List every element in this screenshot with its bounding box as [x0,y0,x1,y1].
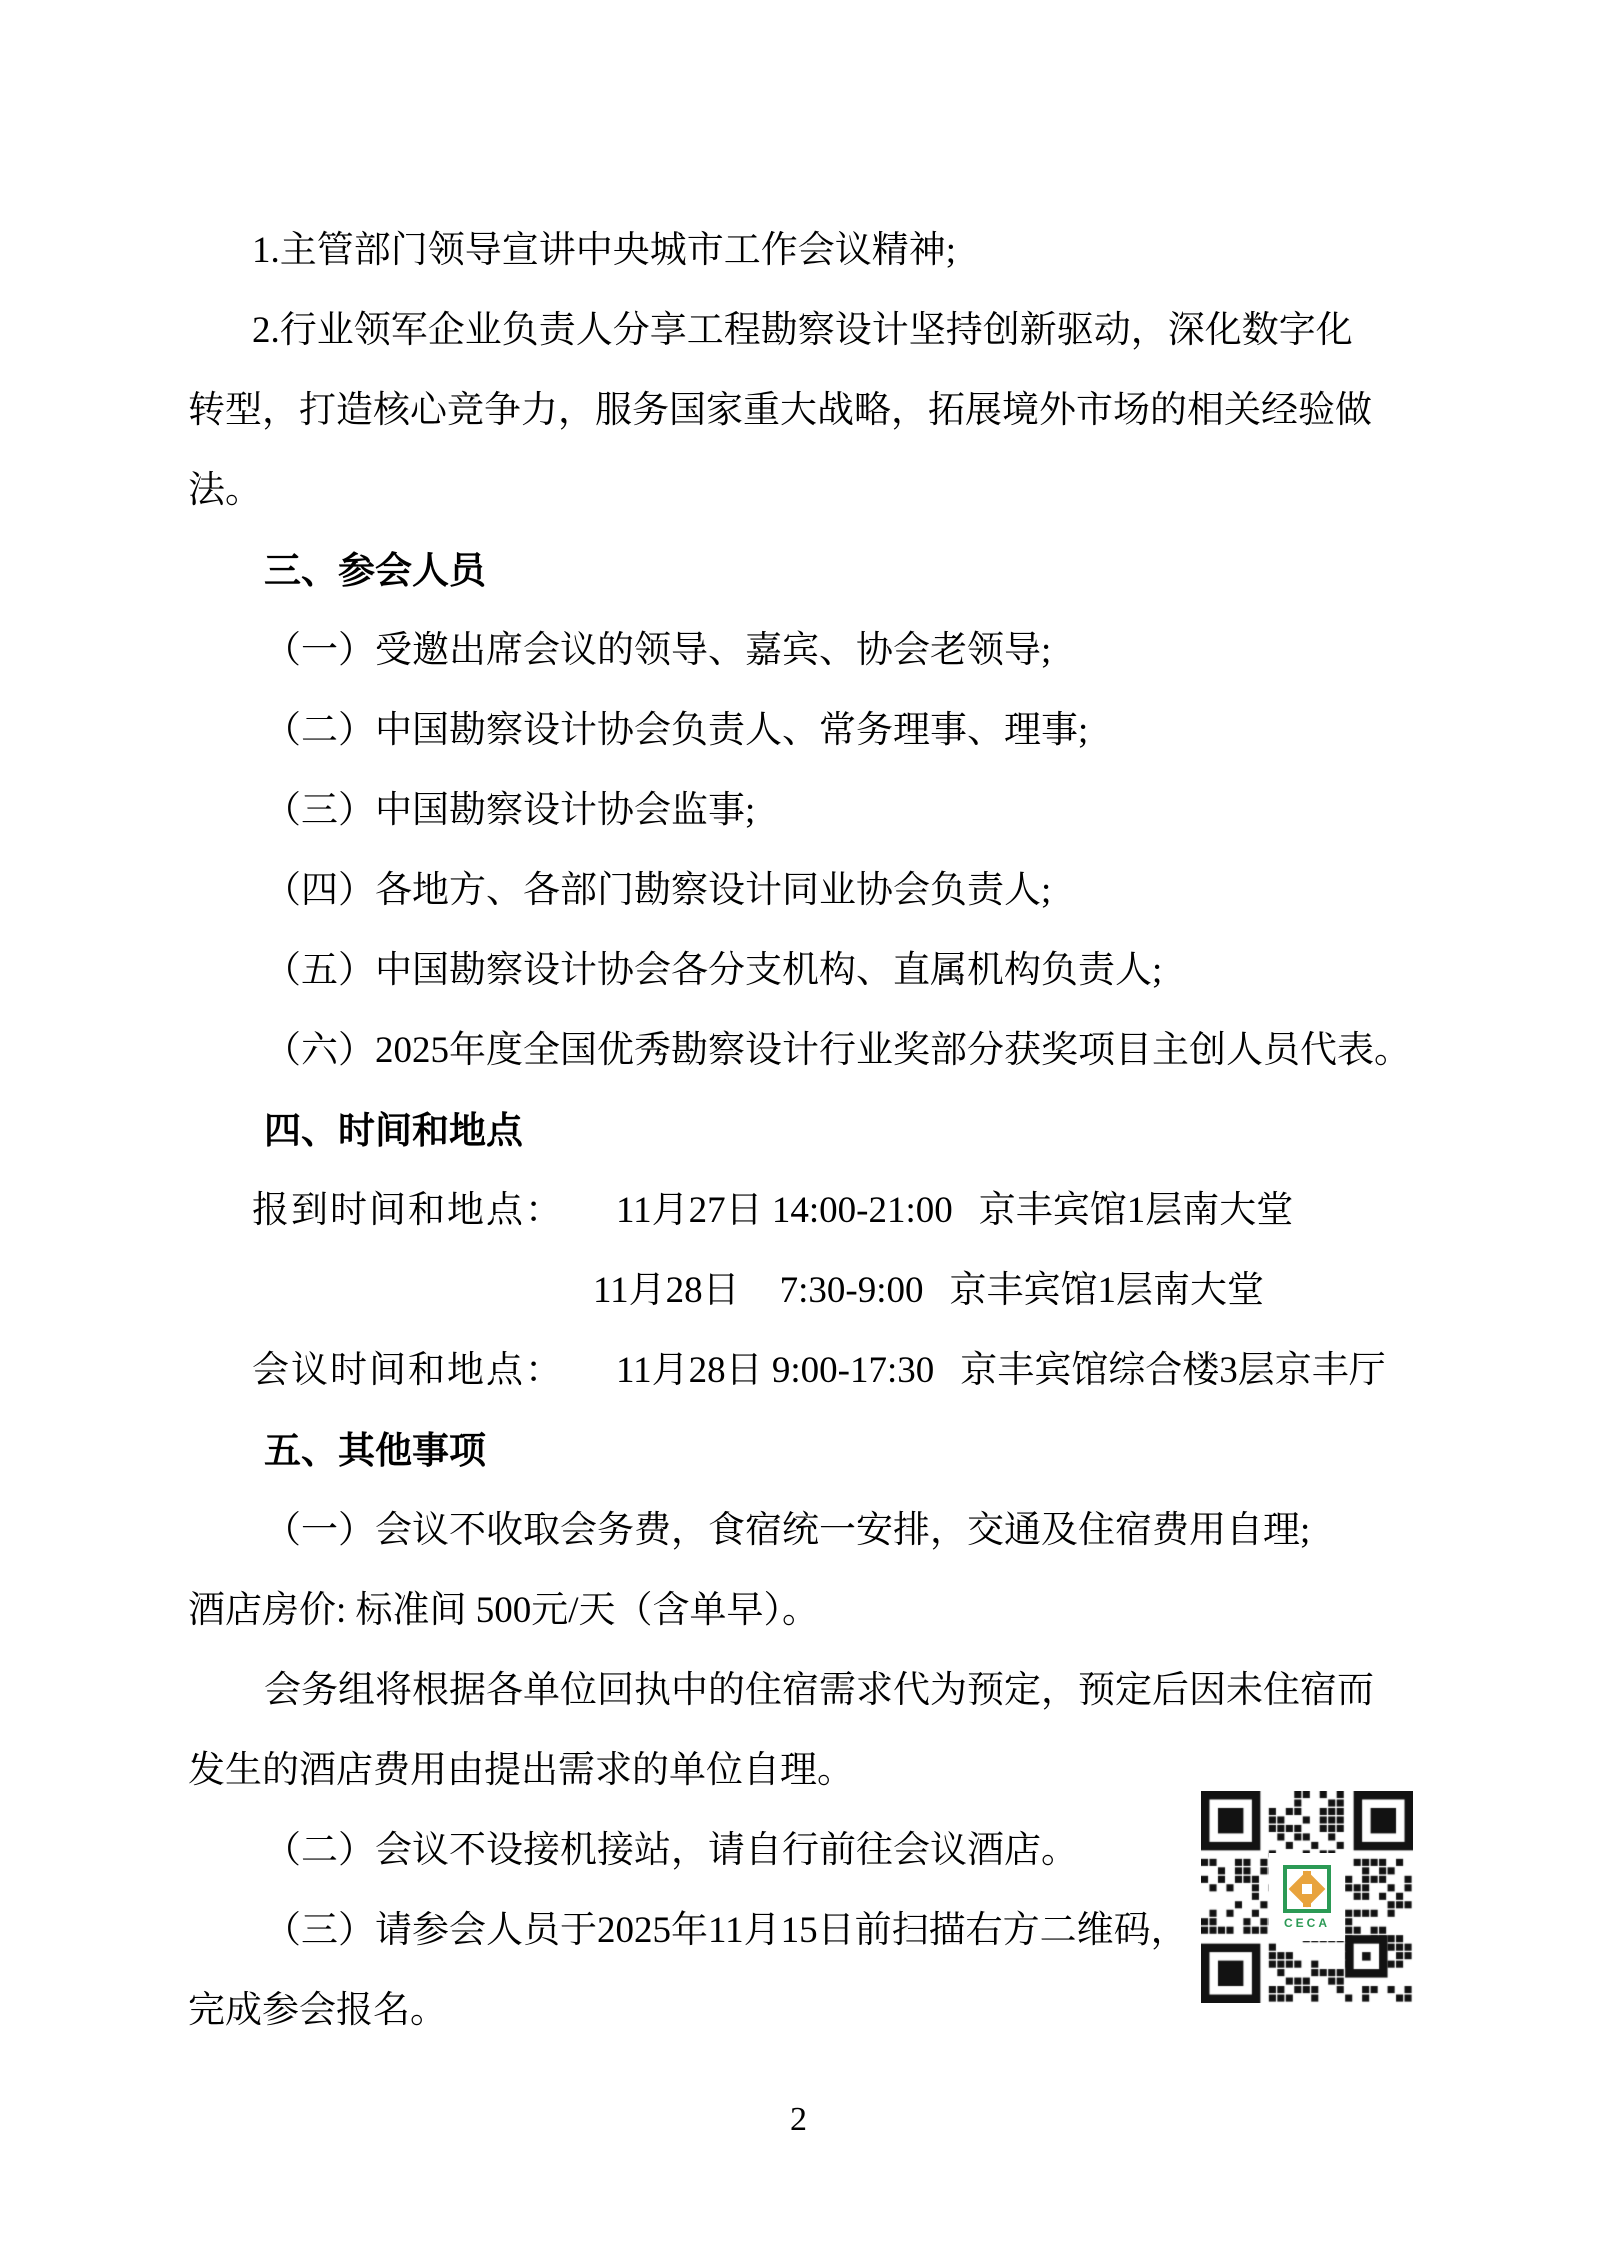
section-heading-time-place: 四、时间和地点 [188,1091,1438,1171]
meeting-venue: 京丰宾馆综合楼3层京丰厅 [960,1350,1386,1391]
ceca-logo-diamond-hole [1302,1884,1312,1894]
registration-venue-2: 京丰宾馆1层南大堂 [950,1270,1265,1311]
agenda-item-2-line-1: 2.行业领军企业负责人分享工程勘察设计坚持创新驱动，深化数字化 [188,291,1438,371]
ceca-logo-icon [1283,1865,1331,1913]
registration-schedule-line-1: 报到时间和地点：11月27日 14:00-21:00京丰宾馆1层南大堂 [188,1171,1438,1251]
participant-item-6: （六）2025年度全国优秀勘察设计行业奖部分获奖项目主创人员代表。 [188,1011,1438,1091]
registration-datetime-1: 11月27日 14:00-21:00 [616,1190,953,1231]
ceca-logo-text: CECA [1284,1917,1330,1929]
other-item-1-line-1: （一）会议不收取会务费，食宿统一安排，交通及住宿费用自理; [188,1491,1438,1571]
registration-venue-1: 京丰宾馆1层南大堂 [979,1190,1294,1231]
meeting-schedule-line: 会议时间和地点：11月28日 9:00-17:30京丰宾馆综合楼3层京丰厅 [188,1331,1438,1411]
registration-label: 报到时间和地点： [252,1190,564,1231]
agenda-item-2-line-3: 法。 [188,451,1438,531]
participant-item-1: （一）受邀出席会议的领导、嘉宾、协会老领导; [188,611,1438,691]
meeting-datetime: 11月28日 9:00-17:30 [616,1350,934,1391]
section-heading-other-matters: 五、其他事项 [188,1411,1438,1491]
section-heading-participants: 三、参会人员 [188,531,1438,611]
meeting-label: 会议时间和地点： [252,1350,564,1391]
other-item-1-line-3: 会务组将根据各单位回执中的住宿需求代为预定，预定后因未住宿而 [188,1651,1438,1731]
participant-item-3: （三）中国勘察设计协会监事; [188,771,1438,851]
qr-center-logo: CECA [1269,1853,1345,1941]
agenda-item-1: 1.主管部门领导宣讲中央城市工作会议精神; [188,211,1438,291]
registration-schedule-line-2: 11月28日7:30-9:00京丰宾馆1层南大堂 [188,1251,1438,1331]
registration-time-2: 7:30-9:00 [780,1270,924,1311]
participant-item-2: （二）中国勘察设计协会负责人、常务理事、理事; [188,691,1438,771]
participant-item-5: （五）中国勘察设计协会各分支机构、直属机构负责人; [188,931,1438,1011]
other-item-1-line-2: 酒店房价: 标准间 500元/天（含单早）。 [188,1571,1438,1651]
registration-qr-code: CECA [1201,1791,1413,2003]
agenda-item-2-line-2: 转型，打造核心竞争力，服务国家重大战略，拓展境外市场的相关经验做 [188,371,1438,451]
document-page: { "document": { "agenda": { "item1": "1.… [0,0,1597,2242]
ceca-logo-diamond [1289,1871,1326,1908]
participant-item-4: （四）各地方、各部门勘察设计同业协会负责人; [188,851,1438,931]
registration-date-2: 11月28日 [593,1270,740,1311]
page-number: 2 [0,2096,1597,2144]
document-body: 1.主管部门领导宣讲中央城市工作会议精神; 2.行业领军企业负责人分享工程勘察设… [188,211,1438,2051]
